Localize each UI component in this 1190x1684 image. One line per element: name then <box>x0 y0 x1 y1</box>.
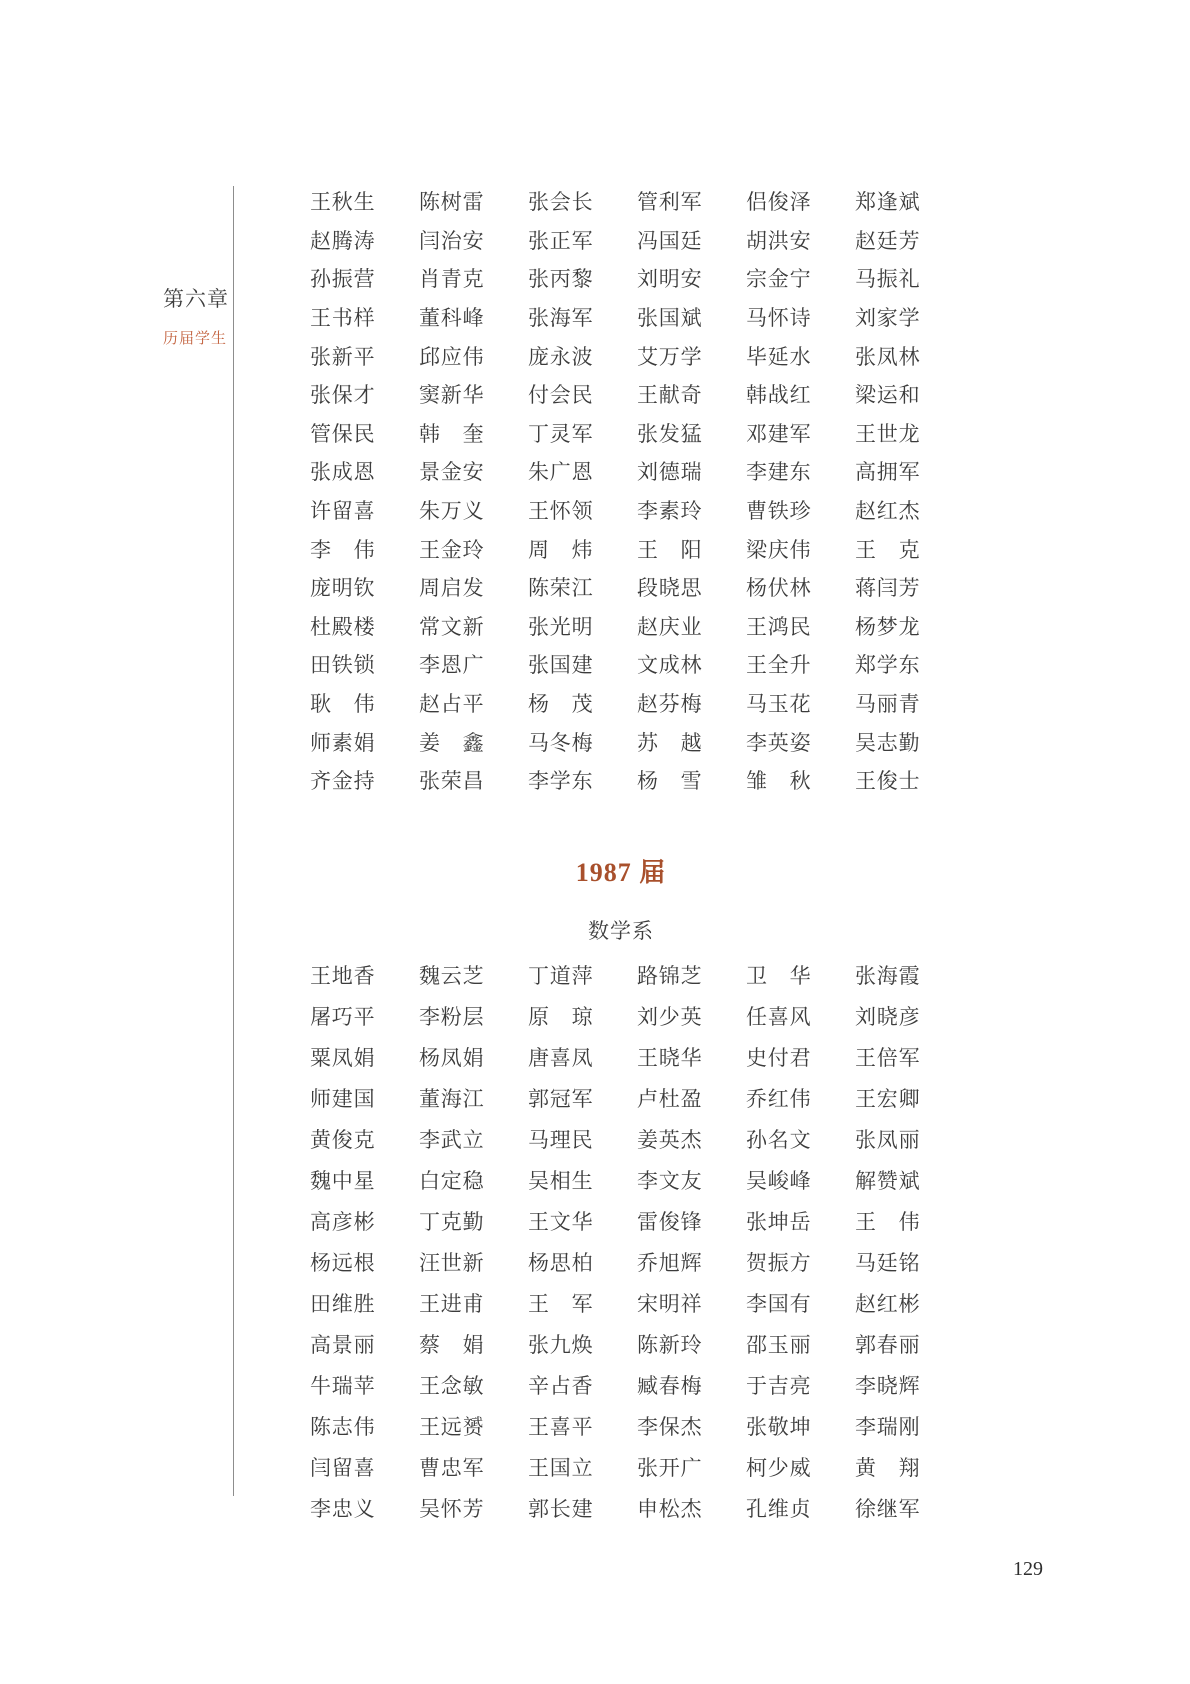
student-name: 李保杰 <box>637 1405 746 1446</box>
student-name: 段晓思 <box>637 568 746 607</box>
student-name: 路锦芝 <box>637 954 746 995</box>
student-name: 刘晓彦 <box>855 995 964 1036</box>
student-name: 姜 鑫 <box>419 722 528 761</box>
student-name: 艾万学 <box>637 336 746 375</box>
student-name: 郭春丽 <box>855 1323 964 1364</box>
student-name: 周 炜 <box>528 529 637 568</box>
student-name: 孙振营 <box>310 259 419 298</box>
student-name: 刘家学 <box>855 298 964 337</box>
student-name: 庞永波 <box>528 336 637 375</box>
student-name: 李建东 <box>746 452 855 491</box>
student-name: 黄 翔 <box>855 1446 964 1487</box>
student-name: 苏 越 <box>637 722 746 761</box>
student-name: 张正军 <box>528 221 637 260</box>
student-name-grid-1987: 王地香魏云芝丁道萍路锦芝卫 华张海霞屠巧平李粉层原 琼刘少英任喜风刘晓彦粟凤娟杨… <box>310 954 964 1528</box>
student-name: 雷俊锋 <box>637 1200 746 1241</box>
student-name: 杨 茂 <box>528 684 637 723</box>
student-name: 闫留喜 <box>310 1446 419 1487</box>
student-name: 卢杜盈 <box>637 1077 746 1118</box>
student-name: 郑学东 <box>855 645 964 684</box>
student-name: 马冬梅 <box>528 722 637 761</box>
student-name: 耿 伟 <box>310 684 419 723</box>
student-name: 曹铁珍 <box>746 491 855 530</box>
student-name: 邱应伟 <box>419 336 528 375</box>
student-name: 田铁锁 <box>310 645 419 684</box>
student-name: 常文新 <box>419 607 528 646</box>
student-name: 史付君 <box>746 1036 855 1077</box>
student-name: 陈树雷 <box>419 182 528 221</box>
student-name: 刘少英 <box>637 995 746 1036</box>
student-name: 刘明安 <box>637 259 746 298</box>
student-name: 侣俊泽 <box>746 182 855 221</box>
student-name: 肖青克 <box>419 259 528 298</box>
student-name: 张海军 <box>528 298 637 337</box>
student-name: 赵占平 <box>419 684 528 723</box>
student-name: 郭长建 <box>528 1487 637 1528</box>
student-name: 杨思柏 <box>528 1241 637 1282</box>
student-name: 汪世新 <box>419 1241 528 1282</box>
book-page: 第六章 历届学生 王秋生陈树雷张会长管利军侣俊泽郑逢斌赵腾涛闫治安张正军冯国廷胡… <box>0 0 1190 1684</box>
student-name: 张坤岳 <box>746 1200 855 1241</box>
student-name: 马丽青 <box>855 684 964 723</box>
student-name: 郑逢斌 <box>855 182 964 221</box>
class-year-heading: 1987 届 <box>310 852 932 889</box>
student-name: 魏云芝 <box>419 954 528 995</box>
student-name: 王书样 <box>310 298 419 337</box>
student-name: 赵红彬 <box>855 1282 964 1323</box>
sidebar-vertical-rule <box>233 186 234 1496</box>
student-name: 周启发 <box>419 568 528 607</box>
student-name: 马理民 <box>528 1118 637 1159</box>
student-name: 于吉亮 <box>746 1364 855 1405</box>
student-name: 王喜平 <box>528 1405 637 1446</box>
student-name: 田维胜 <box>310 1282 419 1323</box>
student-name: 梁运和 <box>855 375 964 414</box>
student-name: 景金安 <box>419 452 528 491</box>
student-name: 陈新玲 <box>637 1323 746 1364</box>
student-name: 雏 秋 <box>746 761 855 800</box>
student-name: 王进甫 <box>419 1282 528 1323</box>
student-name: 王宏卿 <box>855 1077 964 1118</box>
student-name: 杨凤娟 <box>419 1036 528 1077</box>
student-name: 许留喜 <box>310 491 419 530</box>
student-name-grid-continued: 王秋生陈树雷张会长管利军侣俊泽郑逢斌赵腾涛闫治安张正军冯国廷胡洪安赵廷芳孙振营肖… <box>310 182 964 800</box>
student-name: 庞明钦 <box>310 568 419 607</box>
student-name: 管保民 <box>310 414 419 453</box>
student-name: 张成恩 <box>310 452 419 491</box>
student-name: 卫 华 <box>746 954 855 995</box>
student-name: 赵庆业 <box>637 607 746 646</box>
student-name: 杜殿楼 <box>310 607 419 646</box>
student-name: 朱万义 <box>419 491 528 530</box>
student-name: 王文华 <box>528 1200 637 1241</box>
student-name: 王献奇 <box>637 375 746 414</box>
student-name: 董科峰 <box>419 298 528 337</box>
student-name: 董海江 <box>419 1077 528 1118</box>
student-name: 黄俊克 <box>310 1118 419 1159</box>
student-name: 张丙黎 <box>528 259 637 298</box>
student-name: 丁克勤 <box>419 1200 528 1241</box>
student-name: 王世龙 <box>855 414 964 453</box>
student-name: 师建国 <box>310 1077 419 1118</box>
department-heading: 数学系 <box>310 915 932 945</box>
student-name: 杨伏林 <box>746 568 855 607</box>
student-name: 姜英杰 <box>637 1118 746 1159</box>
student-name: 陈荣江 <box>528 568 637 607</box>
student-name: 王秋生 <box>310 182 419 221</box>
student-name: 马怀诗 <box>746 298 855 337</box>
student-name: 王国立 <box>528 1446 637 1487</box>
student-name: 王全升 <box>746 645 855 684</box>
student-name: 解赞斌 <box>855 1159 964 1200</box>
student-name: 张发猛 <box>637 414 746 453</box>
student-name: 赵腾涛 <box>310 221 419 260</box>
student-name: 唐喜凤 <box>528 1036 637 1077</box>
student-name: 乔红伟 <box>746 1077 855 1118</box>
student-name: 吴怀芳 <box>419 1487 528 1528</box>
student-name: 王 伟 <box>855 1200 964 1241</box>
student-name: 张光明 <box>528 607 637 646</box>
student-name: 王鸿民 <box>746 607 855 646</box>
student-name: 管利军 <box>637 182 746 221</box>
student-name: 梁庆伟 <box>746 529 855 568</box>
student-name: 邵玉丽 <box>746 1323 855 1364</box>
student-name: 张会长 <box>528 182 637 221</box>
student-name: 高拥军 <box>855 452 964 491</box>
student-name: 邓建军 <box>746 414 855 453</box>
student-name: 付会民 <box>528 375 637 414</box>
student-name: 粟凤娟 <box>310 1036 419 1077</box>
student-name: 张国斌 <box>637 298 746 337</box>
student-name: 李素玲 <box>637 491 746 530</box>
student-name: 臧春梅 <box>637 1364 746 1405</box>
student-name: 张荣昌 <box>419 761 528 800</box>
student-name: 赵芬梅 <box>637 684 746 723</box>
student-name: 张国建 <box>528 645 637 684</box>
student-name: 李学东 <box>528 761 637 800</box>
student-name: 闫治安 <box>419 221 528 260</box>
student-name: 魏中星 <box>310 1159 419 1200</box>
student-name: 冯国廷 <box>637 221 746 260</box>
student-name: 丁灵军 <box>528 414 637 453</box>
student-name: 王怀领 <box>528 491 637 530</box>
student-name: 蔡 娟 <box>419 1323 528 1364</box>
student-name: 刘德瑞 <box>637 452 746 491</box>
student-name: 李粉层 <box>419 995 528 1036</box>
student-name: 李武立 <box>419 1118 528 1159</box>
student-name: 张凤林 <box>855 336 964 375</box>
student-name: 李文友 <box>637 1159 746 1200</box>
student-name: 王俊士 <box>855 761 964 800</box>
student-name: 李恩广 <box>419 645 528 684</box>
student-name: 韩 奎 <box>419 414 528 453</box>
student-name: 蒋闫芳 <box>855 568 964 607</box>
student-name: 吴相生 <box>528 1159 637 1200</box>
student-name: 马玉花 <box>746 684 855 723</box>
student-name: 乔旭辉 <box>637 1241 746 1282</box>
student-name: 李 伟 <box>310 529 419 568</box>
student-name: 丁道萍 <box>528 954 637 995</box>
student-name: 王念敏 <box>419 1364 528 1405</box>
student-name: 马振礼 <box>855 259 964 298</box>
student-name: 韩战红 <box>746 375 855 414</box>
student-name: 张保才 <box>310 375 419 414</box>
student-name: 王金玲 <box>419 529 528 568</box>
student-name: 张敬坤 <box>746 1405 855 1446</box>
margin-sidebar: 第六章 历届学生 <box>163 283 253 348</box>
student-name: 郭冠军 <box>528 1077 637 1118</box>
student-name: 辛占香 <box>528 1364 637 1405</box>
student-name: 王 军 <box>528 1282 637 1323</box>
student-name: 王晓华 <box>637 1036 746 1077</box>
student-name: 王 阳 <box>637 529 746 568</box>
student-name: 任喜风 <box>746 995 855 1036</box>
student-name: 张凤丽 <box>855 1118 964 1159</box>
student-name: 王 克 <box>855 529 964 568</box>
student-name: 原 琼 <box>528 995 637 1036</box>
student-name: 杨 雪 <box>637 761 746 800</box>
student-name: 朱广恩 <box>528 452 637 491</box>
chapter-section-label: 历届学生 <box>163 327 253 348</box>
student-name: 高彦彬 <box>310 1200 419 1241</box>
student-name: 王倍军 <box>855 1036 964 1077</box>
student-name: 孔维贞 <box>746 1487 855 1528</box>
student-name: 李国有 <box>746 1282 855 1323</box>
student-name: 窦新华 <box>419 375 528 414</box>
student-name: 王远赟 <box>419 1405 528 1446</box>
student-name: 牛瑞苹 <box>310 1364 419 1405</box>
student-name: 王地香 <box>310 954 419 995</box>
student-name: 宗金宁 <box>746 259 855 298</box>
student-name: 马廷铭 <box>855 1241 964 1282</box>
student-name: 陈志伟 <box>310 1405 419 1446</box>
student-name: 白定稳 <box>419 1159 528 1200</box>
student-name: 师素娟 <box>310 722 419 761</box>
chapter-label: 第六章 <box>163 283 253 313</box>
student-name: 张九焕 <box>528 1323 637 1364</box>
student-name: 曹忠军 <box>419 1446 528 1487</box>
student-name: 李忠义 <box>310 1487 419 1528</box>
student-name: 李英姿 <box>746 722 855 761</box>
student-name: 柯少威 <box>746 1446 855 1487</box>
student-name: 吴志勤 <box>855 722 964 761</box>
student-name: 毕延水 <box>746 336 855 375</box>
page-number: 129 <box>1013 1558 1043 1581</box>
student-name: 孙名文 <box>746 1118 855 1159</box>
student-name: 张开广 <box>637 1446 746 1487</box>
student-name: 吴峻峰 <box>746 1159 855 1200</box>
student-name: 徐继军 <box>855 1487 964 1528</box>
student-name: 张新平 <box>310 336 419 375</box>
student-name: 李晓辉 <box>855 1364 964 1405</box>
student-name: 杨远根 <box>310 1241 419 1282</box>
student-name: 申松杰 <box>637 1487 746 1528</box>
student-name: 杨梦龙 <box>855 607 964 646</box>
student-name: 屠巧平 <box>310 995 419 1036</box>
student-name: 李瑞刚 <box>855 1405 964 1446</box>
student-name: 文成林 <box>637 645 746 684</box>
student-name: 贺振方 <box>746 1241 855 1282</box>
student-name: 赵廷芳 <box>855 221 964 260</box>
student-name: 高景丽 <box>310 1323 419 1364</box>
student-name: 胡洪安 <box>746 221 855 260</box>
student-name: 宋明祥 <box>637 1282 746 1323</box>
student-name: 赵红杰 <box>855 491 964 530</box>
student-name: 张海霞 <box>855 954 964 995</box>
student-name: 齐金持 <box>310 761 419 800</box>
